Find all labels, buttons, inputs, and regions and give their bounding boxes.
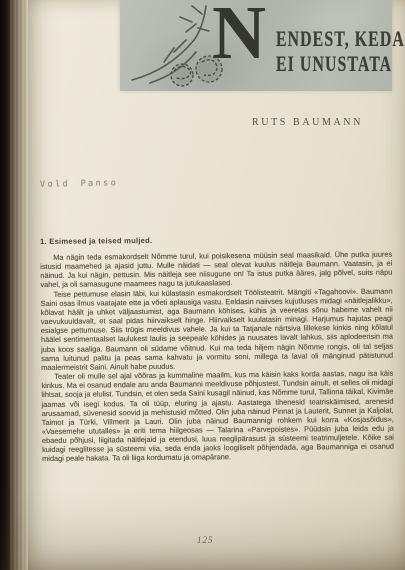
initial-letter: N [212,0,266,75]
author-byline: RUTS BAUMANN [252,117,363,128]
chapter-title-line2: EI UNUSTATA [276,51,405,76]
page-number: 125 [197,535,214,545]
paragraph: Teater oli mulle sel ajal võõras ja kumm… [41,369,394,464]
paragraph: Ma nägin teda esmakordselt Nõmme turul, … [40,250,392,290]
paragraph: Teise pettumuse elasin läbi, kui külasta… [41,286,394,372]
page-surface: N ENDEST, KEDA EI UNUSTATA RUTS BAUMANN … [28,0,405,570]
page-edge-stack [10,0,28,570]
engraved-floral-branch-icon: N [124,0,274,91]
section-heading: 1. Esimesed ja teised muljed. [40,234,392,246]
chapter-title-line1: ENDEST, KEDA [276,26,405,51]
book-page-photo: N ENDEST, KEDA EI UNUSTATA RUTS BAUMANN … [0,0,405,570]
body-text-block: 1. Esimesed ja teised muljed. Ma nägin t… [40,234,394,464]
chapter-header-plate: N ENDEST, KEDA EI UNUSTATA [120,0,392,91]
chapter-title: ENDEST, KEDA EI UNUSTATA [276,26,405,76]
ownership-stamp: Vold Panso [40,178,118,190]
book-spine-shadow [0,0,10,570]
